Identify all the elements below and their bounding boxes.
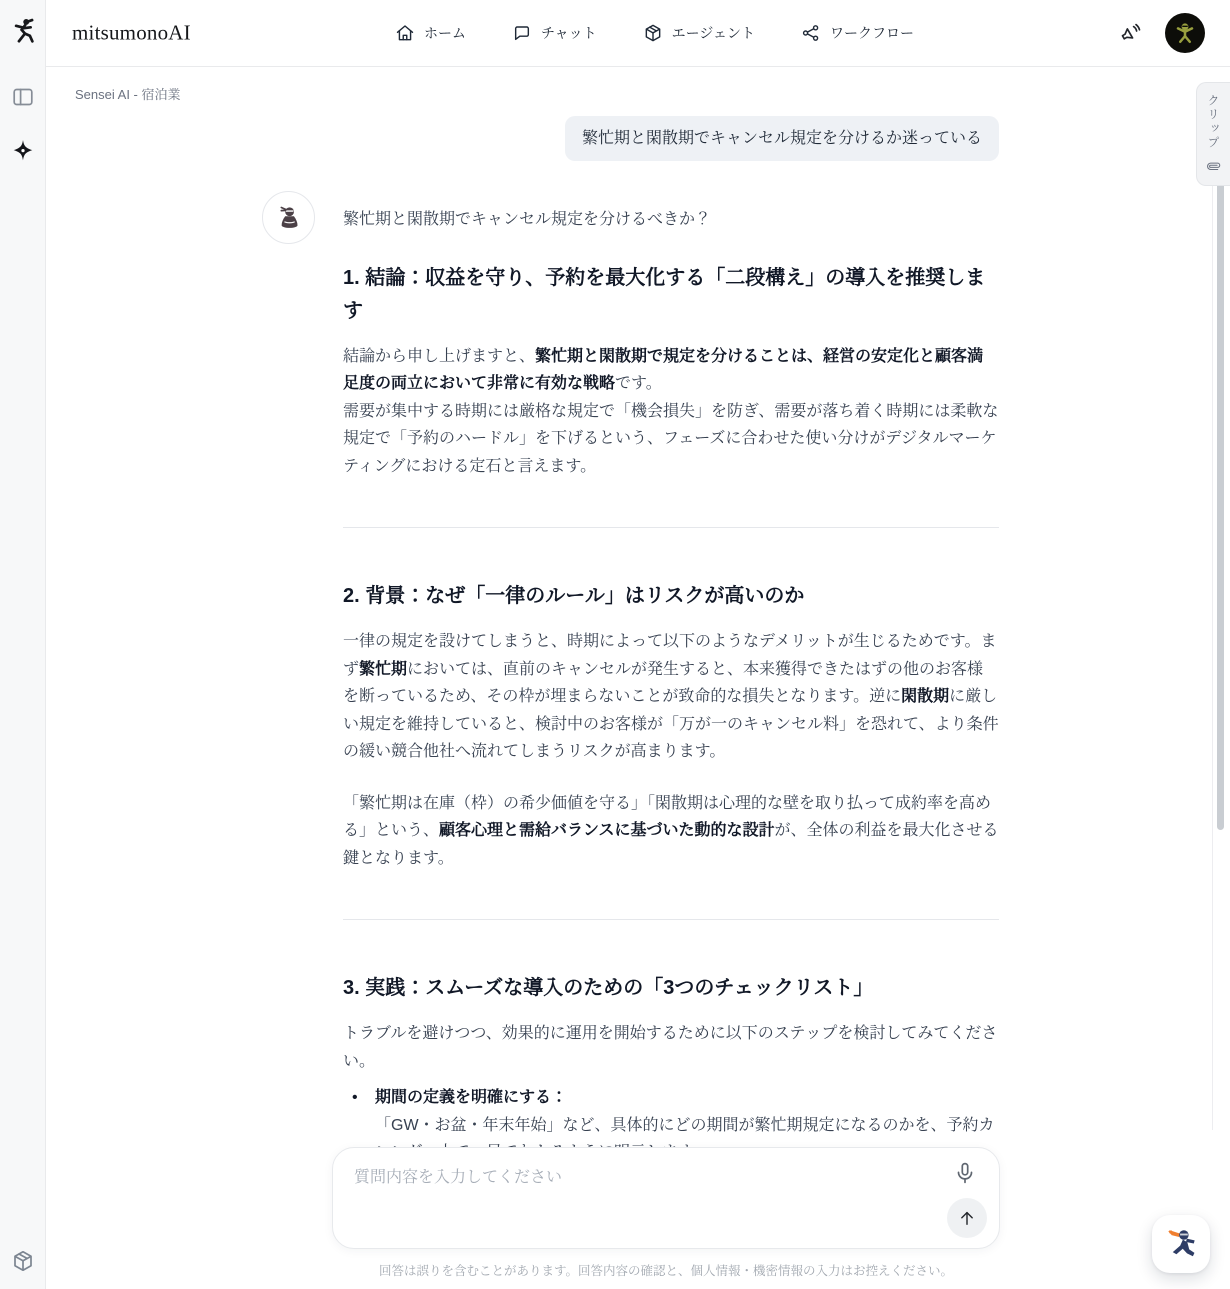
nav-label: ワークフロー: [830, 23, 914, 43]
brand-ninja-logo-icon: [7, 13, 39, 51]
clip-tab[interactable]: クリップ: [1196, 82, 1230, 186]
section-divider: [343, 527, 999, 528]
sensei-ninja-avatar-icon: [272, 201, 306, 235]
panel-divider: [1212, 82, 1213, 1130]
brand-name[interactable]: mitsumonoAI: [72, 21, 191, 46]
user-avatar[interactable]: [1165, 13, 1205, 53]
section-heading-3: 3. 実践：スムーズな導入のための「3つのチェックリスト」: [343, 972, 999, 1005]
sparkle-icon[interactable]: [9, 137, 37, 165]
section-heading-1: 1. 結論：収益を守り、予約を最大化する「二段構え」の導入を推奨します: [343, 262, 999, 328]
send-button[interactable]: [947, 1198, 987, 1238]
paragraph: 結論から申し上げますと、繁忙期と閑散期で規定を分けることは、経営の安定化と顧客満…: [343, 343, 999, 398]
nav-item-agent[interactable]: エージェント: [643, 23, 755, 43]
nav-label: ホーム: [424, 23, 466, 43]
paragraph: 一律の規定を設けてしまうと、時期によって以下のようなデメリットが生じるためです。…: [343, 628, 999, 766]
user-message-row: 繁忙期と閑散期でキャンセル規定を分けるか迷っている: [565, 116, 999, 161]
nav-item-workflow[interactable]: ワークフロー: [801, 23, 914, 43]
scrollbar-thumb[interactable]: [1217, 158, 1224, 830]
workflow-share-icon: [801, 23, 821, 43]
user-message-bubble: 繁忙期と閑散期でキャンセル規定を分けるか迷っている: [565, 116, 999, 161]
paperclip-icon: [1203, 156, 1224, 177]
chat-bubble-icon: [512, 23, 532, 43]
paragraph: 需要が集中する時期には厳格な規定で「機会損失」を防ぎ、需要が落ち着く時期には柔軟…: [343, 398, 999, 481]
agent-cube-icon: [643, 23, 663, 43]
nav-item-home[interactable]: ホーム: [395, 23, 466, 43]
message-input[interactable]: [354, 1164, 929, 1234]
disclaimer-text: 回答は誤りを含むことがあります。回答内容の確認と、個人情報・機密情報の入力はお控…: [332, 1261, 1000, 1279]
main-area: mitsumonoAI ホーム チャット エージェント: [46, 0, 1230, 1289]
home-icon: [395, 23, 415, 43]
arrow-up-icon: [957, 1208, 977, 1228]
assistant-lead: 繁忙期と閑散期でキャンセル規定を分けるべきか？: [343, 206, 999, 234]
app-header: mitsumonoAI ホーム チャット エージェント: [46, 0, 1230, 67]
sidebar-toggle-icon[interactable]: [9, 83, 37, 111]
mic-button[interactable]: [953, 1161, 977, 1185]
header-right: [1117, 0, 1205, 66]
ninja-mascot-icon: [1162, 1225, 1200, 1263]
cube-icon[interactable]: [9, 1247, 37, 1275]
bullet-title: 期間の定義を明確にする：: [375, 1089, 567, 1106]
user-avatar-ninja-icon: [1170, 18, 1200, 48]
section-divider: [343, 919, 999, 920]
assistant-message-row: 繁忙期と閑散期でキャンセル規定を分けるべきか？ 1. 結論：収益を守り、予約を最…: [262, 191, 999, 1167]
nav-label: エージェント: [672, 23, 755, 43]
nav-label: チャット: [541, 23, 597, 43]
paragraph: トラブルを避けつつ、効果的に運用を開始するために以下のステップを検討してみてくだ…: [343, 1020, 999, 1075]
megaphone-icon[interactable]: [1117, 20, 1143, 46]
paragraph: 「繁忙期は在庫（枠）の希少価値を守る」「閑散期は心理的な壁を取り払って成約率を高…: [343, 790, 999, 873]
mic-icon: [953, 1161, 977, 1185]
clip-tab-label: クリップ: [1205, 94, 1222, 150]
breadcrumb: Sensei AI - 宿泊業: [75, 84, 180, 103]
composer: [332, 1147, 1000, 1249]
assistant-message-content: 繁忙期と閑散期でキャンセル規定を分けるべきか？ 1. 結論：収益を守り、予約を最…: [343, 191, 999, 1167]
left-rail: [0, 0, 46, 1289]
assistant-avatar: [262, 191, 315, 244]
primary-nav: ホーム チャット エージェント ワークフロー: [395, 0, 914, 66]
nav-item-chat[interactable]: チャット: [512, 23, 597, 43]
mascot-chat-button[interactable]: [1152, 1215, 1210, 1273]
section-heading-2: 2. 背景：なぜ「一律のルール」はリスクが高いのか: [343, 580, 999, 613]
